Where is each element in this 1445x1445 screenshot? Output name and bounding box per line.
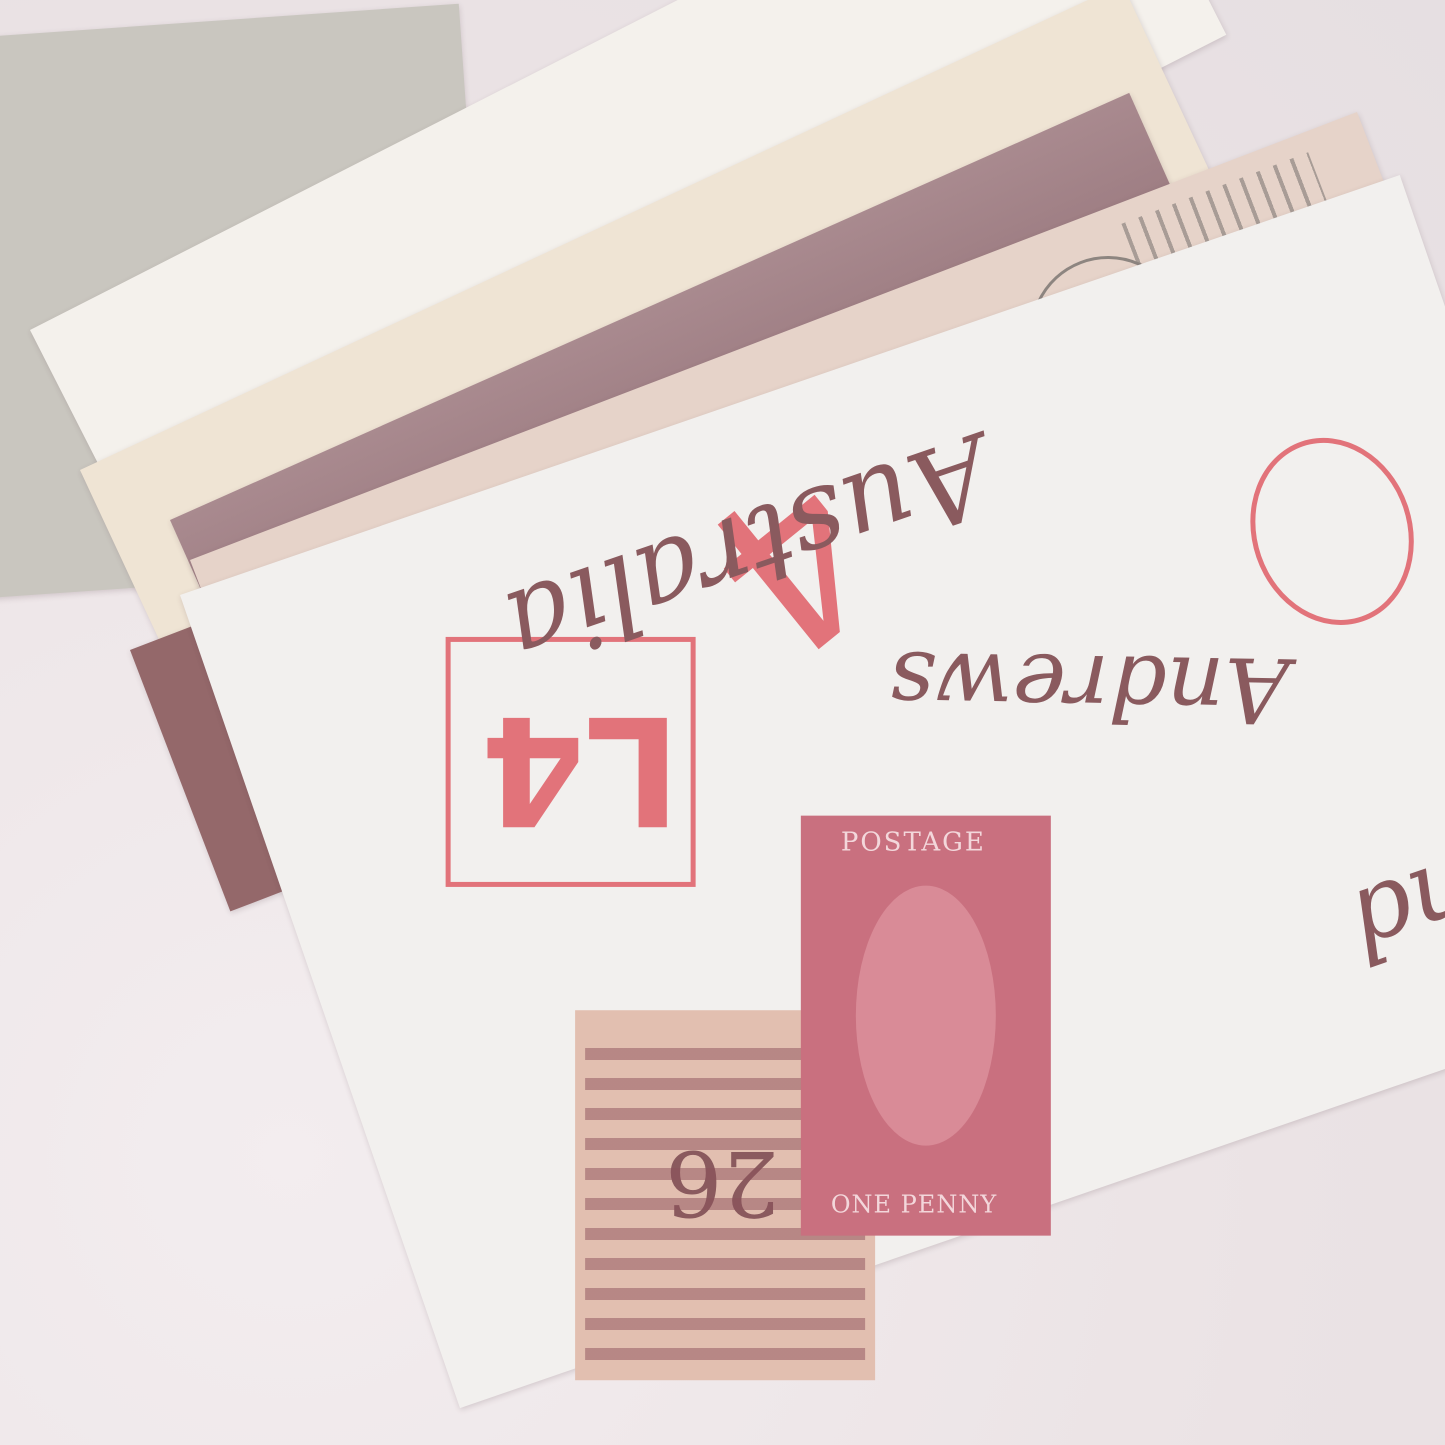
- script-line-3: land: [1334, 803, 1445, 985]
- queen-portrait: [856, 886, 996, 1146]
- oval-red-stamp: [1226, 416, 1439, 648]
- box-stamp-text: L4: [481, 682, 681, 856]
- stamp-top-text: POSTAGE: [841, 828, 986, 858]
- script-line-2: Andrews: [888, 630, 1290, 742]
- penny-red-postage-stamp: POSTAGE ONE PENNY: [801, 816, 1051, 1236]
- stamp-bottom-text: ONE PENNY: [831, 1191, 997, 1219]
